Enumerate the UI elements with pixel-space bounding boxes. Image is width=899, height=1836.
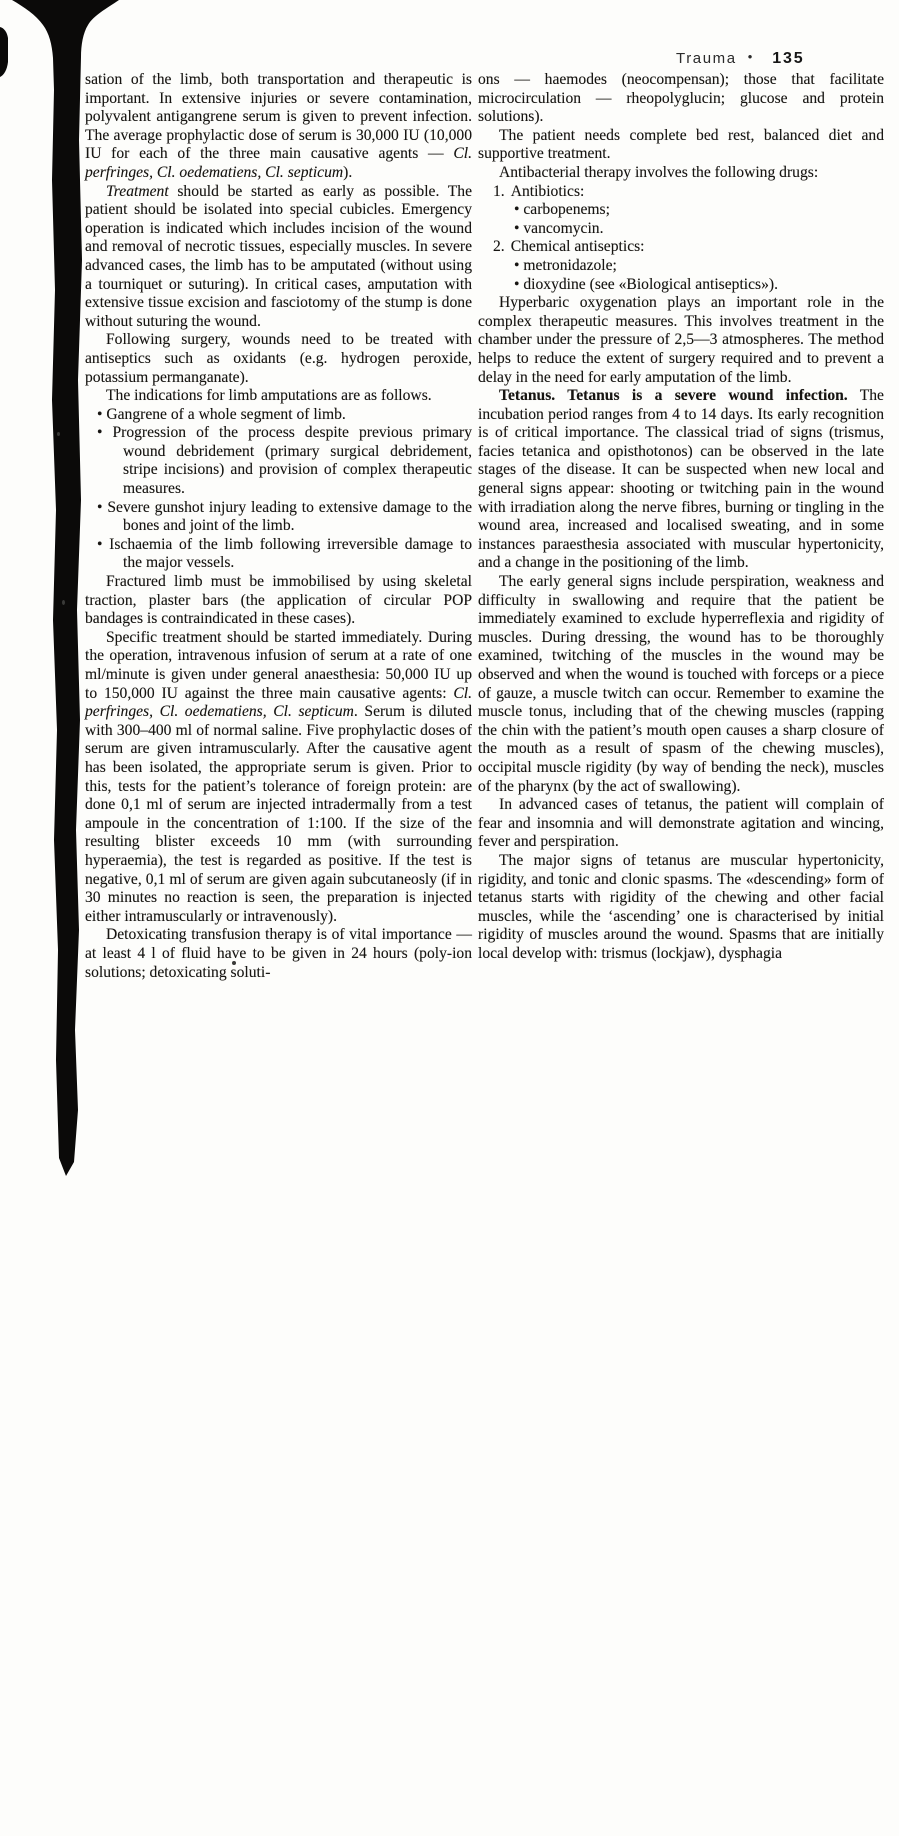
- paragraph-hyperbaric: Hyperbaric oxygenation plays an importan…: [478, 294, 884, 387]
- header-separator-dot: •: [748, 49, 753, 64]
- list-number: 2.: [493, 238, 505, 255]
- scanned-book-page: Trauma • 135 sation of the limb, both tr…: [0, 0, 899, 1836]
- list-item: Severe gunshot injury leading to extensi…: [85, 499, 472, 536]
- list-title: Chemical antiseptics:: [511, 238, 645, 255]
- scan-artifact: [57, 432, 60, 436]
- paragraph-early-signs: The early general signs include perspira…: [478, 573, 884, 796]
- list-item: Ischaemia of the limb following irrevers…: [85, 536, 472, 573]
- paragraph-specific-treatment: Specific treatment should be started imm…: [85, 629, 472, 927]
- paragraph-detoxicating: Detoxicating transfusion therapy is of v…: [85, 926, 472, 982]
- page-number: 135: [772, 50, 804, 68]
- list-item: vancomycin.: [514, 220, 884, 239]
- paragraph-bed-rest: The patient needs complete bed rest, bal…: [478, 127, 884, 164]
- paragraph-indications: The indications for limb amputations are…: [85, 387, 472, 406]
- running-title: Trauma: [676, 50, 737, 67]
- text-columns: sation of the limb, both transportation …: [85, 71, 884, 982]
- list-item: Progression of the process despite previ…: [85, 424, 472, 498]
- paragraph-tetanus: Tetanus. Tetanus is a severe wound infec…: [478, 387, 884, 573]
- paragraph-antibacterial: Antibacterial therapy involves the follo…: [478, 164, 884, 183]
- antiseptics-sublist: metronidazole; dioxydine (see «Biologica…: [478, 257, 884, 294]
- list-title: Antibiotics:: [511, 183, 585, 200]
- paragraph-fractured-limb: Fractured limb must be immobilised by us…: [85, 573, 472, 629]
- paragraph-continuation: ons — haemodes (neocompensan); those tha…: [478, 71, 884, 127]
- drug-list-item-2: 2.Chemical antiseptics:: [478, 238, 884, 257]
- paragraph-following-surgery: Following surgery, wounds need to be tre…: [85, 331, 472, 387]
- scan-artifact: [62, 600, 65, 605]
- right-column: ons — haemodes (neocompensan); those tha…: [478, 71, 884, 982]
- list-item: Gangrene of a whole segment of limb.: [85, 406, 472, 425]
- antibiotics-sublist: carbopenems; vancomycin.: [478, 201, 884, 238]
- paragraph-treatment: Treatment should be started as early as …: [85, 183, 472, 332]
- paragraph-continuation: sation of the limb, both transportation …: [85, 71, 472, 183]
- paragraph-advanced-cases: In advanced cases of tetanus, the patien…: [478, 796, 884, 852]
- amputation-indications-list: Gangrene of a whole segment of limb. Pro…: [85, 406, 472, 573]
- list-item: metronidazole;: [514, 257, 884, 276]
- list-number: 1.: [493, 183, 505, 200]
- paragraph-major-signs: The major signs of tetanus are muscular …: [478, 852, 884, 964]
- list-item: dioxydine (see «Biological antiseptics»)…: [514, 276, 884, 295]
- drug-list-item-1: 1.Antibiotics:: [478, 183, 884, 202]
- running-head: Trauma • 135: [676, 50, 804, 68]
- left-column: sation of the limb, both transportation …: [85, 71, 472, 982]
- list-item: carbopenems;: [514, 201, 884, 220]
